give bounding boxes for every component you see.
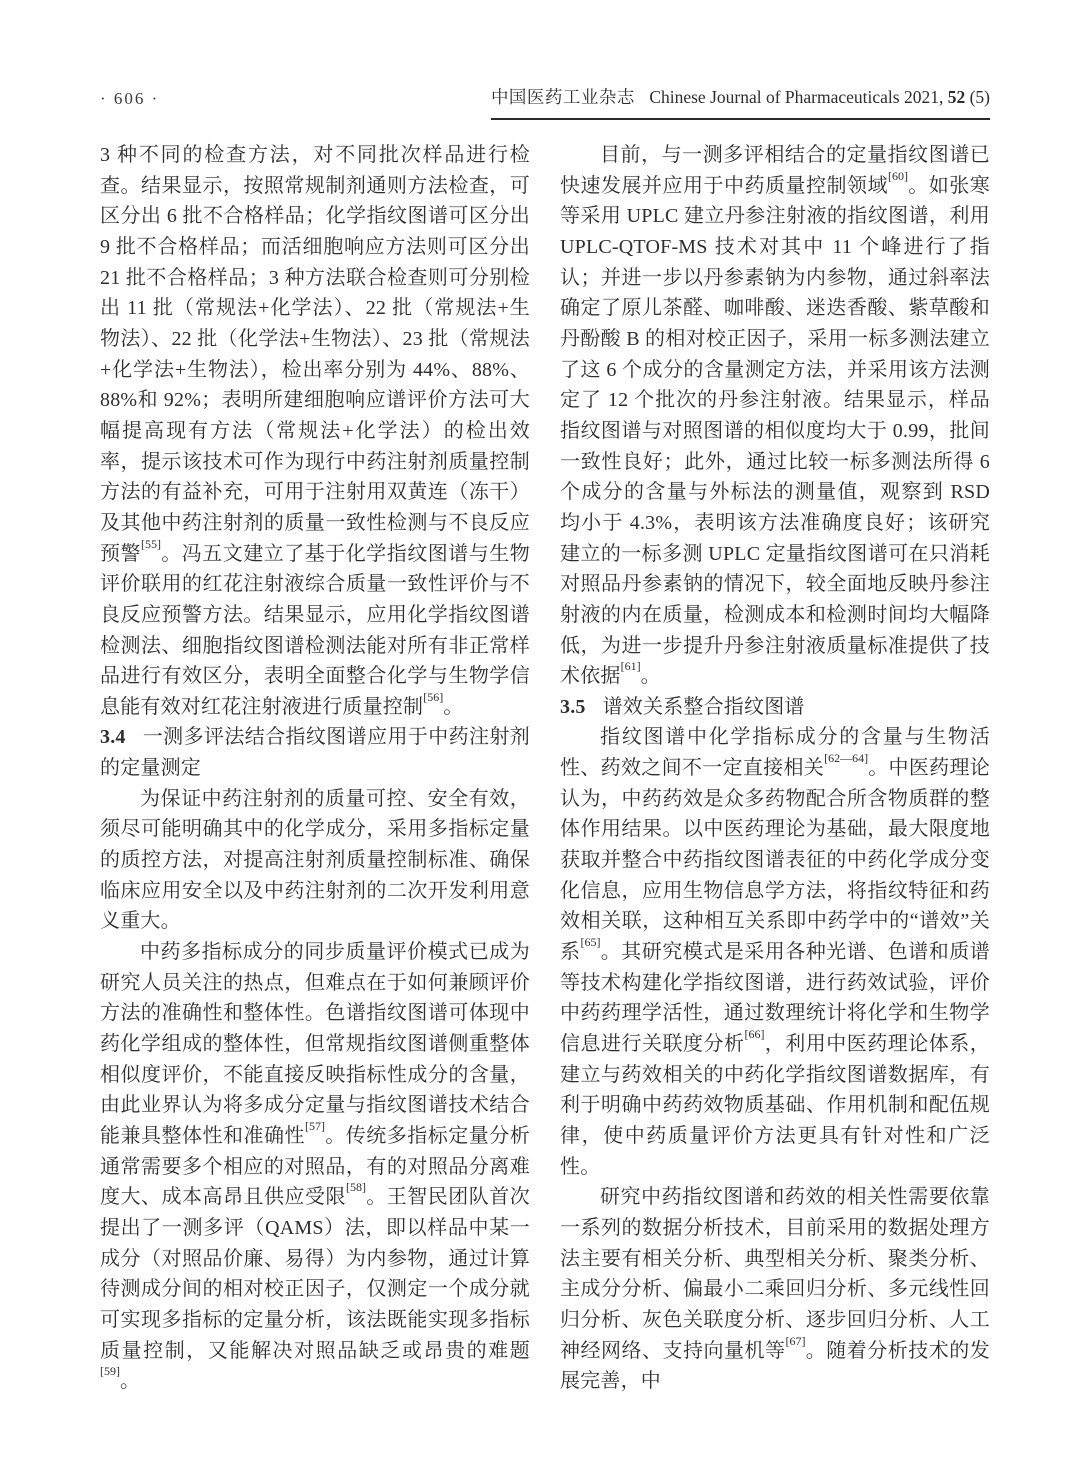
- reference-superscript: [59]: [100, 1364, 120, 1378]
- section-heading: 3.4一测多评法结合指纹图谱应用于中药注射剂的定量测定: [100, 722, 530, 783]
- reference-superscript: [67]: [786, 1334, 806, 1348]
- text-run: 一测多评法结合指纹图谱应用于中药注射剂的定量测定: [100, 726, 530, 779]
- text-run: 。: [443, 696, 463, 718]
- journal-volume: 52: [948, 87, 966, 107]
- section-number: 3.4: [100, 726, 126, 748]
- text-run: 3 种不同的检查方法，对不同批次样品进行检查。结果显示，按照常规制剂通则方法检查…: [100, 144, 530, 565]
- text-run: 。如张寒等采用 UPLC 建立丹参注射液的指纹图谱，利用 UPLC-QTOF-M…: [560, 175, 990, 688]
- right-column: 目前，与一测多评相结合的定量指纹图谱已快速发展并应用于中药质量控制领域[60]。…: [560, 140, 990, 1397]
- reference-superscript: [60]: [888, 169, 908, 183]
- journal-year: 2021,: [904, 87, 943, 107]
- text-run: 。冯五文建立了基于化学指纹图谱与生物评价联用的红花注射液综合质量一致性评价与不良…: [100, 543, 530, 718]
- text-run: 。王智民团队首次提出了一测多评（QAMS）法，即以样品中某一成分（对照品价廉、易…: [100, 1186, 530, 1361]
- section-heading: 3.5谱效关系整合指纹图谱: [560, 692, 990, 723]
- reference-superscript: [62—64]: [824, 751, 868, 765]
- reference-superscript: [56]: [423, 690, 443, 704]
- reference-superscript: [57]: [305, 1119, 325, 1133]
- reference-superscript: [61]: [621, 659, 641, 673]
- left-column: 3 种不同的检查方法，对不同批次样品进行检查。结果显示，按照常规制剂通则方法检查…: [100, 140, 530, 1397]
- text-run: 为保证中药注射剂的质量可控、安全有效，须尽可能明确其中的化学成分，采用多指标定量…: [100, 788, 530, 933]
- text-run: 。: [641, 665, 661, 687]
- journal-title-cn: 中国医药工业杂志: [491, 87, 635, 107]
- text-run: 。中医药理论认为，中药药效是众多药物配合所含物质群的整体作用结果。以中医药理论为…: [560, 757, 990, 963]
- journal-page: · 606 · 中国医药工业杂志 Chinese Journal of Phar…: [0, 0, 1080, 1475]
- paragraph: 研究中药指纹图谱和药效的相关性需要依靠一系列的数据分析技术，目前采用的数据处理方…: [560, 1182, 990, 1397]
- journal-reference: 中国医药工业杂志 Chinese Journal of Pharmaceutic…: [491, 84, 990, 120]
- text-run: 研究中药指纹图谱和药效的相关性需要依靠一系列的数据分析技术，目前采用的数据处理方…: [560, 1186, 990, 1361]
- paragraph: 目前，与一测多评相结合的定量指纹图谱已快速发展并应用于中药质量控制领域[60]。…: [560, 140, 990, 692]
- section-number: 3.5: [560, 696, 586, 718]
- reference-superscript: [65]: [581, 935, 601, 949]
- paragraph: 为保证中药注射剂的质量可控、安全有效，须尽可能明确其中的化学成分，采用多指标定量…: [100, 784, 530, 937]
- text-run: 谱效关系整合指纹图谱: [603, 696, 805, 718]
- page-number: · 606 ·: [100, 89, 159, 120]
- paragraph: 指纹图谱中化学指标成分的含量与生物活性、药效之间不一定直接相关[62—64]。中…: [560, 722, 990, 1182]
- text-run: 。: [120, 1370, 140, 1392]
- text-run: 中药多指标成分的同步质量评价模式已成为研究人员关注的热点，但难点在于如何兼顾评价…: [100, 941, 530, 1147]
- paragraph: 中药多指标成分的同步质量评价模式已成为研究人员关注的热点，但难点在于如何兼顾评价…: [100, 937, 530, 1397]
- reference-superscript: [58]: [346, 1180, 366, 1194]
- journal-title-en: Chinese Journal of Pharmaceuticals: [649, 87, 899, 107]
- reference-superscript: [66]: [745, 1027, 765, 1041]
- journal-issue: (5): [970, 87, 990, 107]
- reference-superscript: [55]: [141, 537, 161, 551]
- paragraph: 3 种不同的检查方法，对不同批次样品进行检查。结果显示，按照常规制剂通则方法检查…: [100, 140, 530, 722]
- page-header: · 606 · 中国医药工业杂志 Chinese Journal of Phar…: [100, 84, 990, 120]
- article-body: 3 种不同的检查方法，对不同批次样品进行检查。结果显示，按照常规制剂通则方法检查…: [100, 140, 990, 1397]
